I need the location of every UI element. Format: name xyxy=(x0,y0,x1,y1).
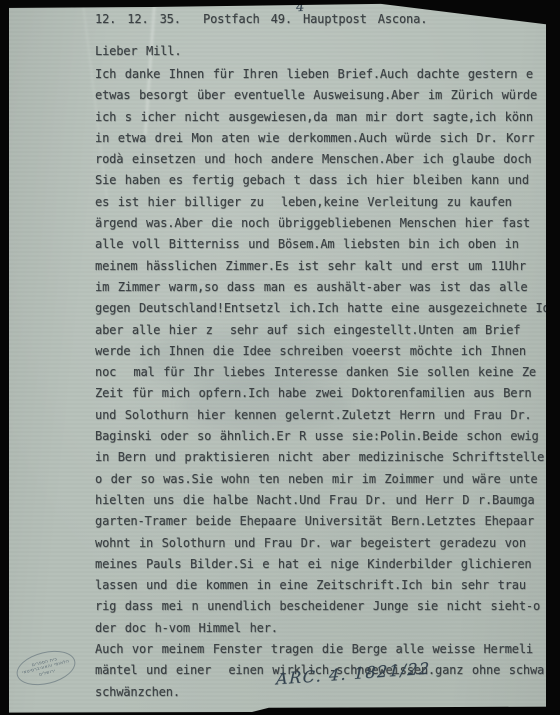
letter-line: meines Pauls Bilder.Si e hat ei nige Kin… xyxy=(95,554,560,575)
letter-line: Ich danke Ihnen für Ihren lieben Brief.A… xyxy=(95,64,560,85)
letter-hauptpost: Hauptpost Ascona. xyxy=(303,12,427,26)
letter-line: in etwa drei Mon aten wie derkommen.Auch… xyxy=(95,128,560,149)
letter-line: der doc h-vom Himmel her. xyxy=(95,618,560,639)
letter-line: in Bern und praktisieren nicht aber medi… xyxy=(95,447,560,468)
letter-line: aber alle hier z sehr auf sich eingestel… xyxy=(95,320,560,341)
letter-line: Zeit für mich opfern.Ich habe zwei Dokto… xyxy=(95,383,560,404)
letter-line: werde ich Ihnen die Idee schreiben voeer… xyxy=(95,341,560,362)
letter-line: gegen Deutschland!Entsetzl ich.Ich hatte… xyxy=(95,298,560,319)
letter-line: noc mal für Ihr liebes Interesse danken … xyxy=(95,362,560,383)
letter-postfach: Postfach 49. xyxy=(203,12,292,26)
letter-salutation: Lieber Mill. xyxy=(95,44,181,58)
letter-line: ärgend was.Aber die noch übriggebliebene… xyxy=(95,213,560,234)
letter-date: 12. 12. 35. xyxy=(95,12,181,26)
library-stamp: בית הספרים הלאומי והאוניברסיטאי ירושלים xyxy=(13,645,79,691)
scanned-letter-page: 12. 12. 35. Postfach 49. 4 Hauptpost Asc… xyxy=(0,0,560,715)
letter-line: hielten uns die halbe Nacht.Und Frau Dr.… xyxy=(95,490,560,511)
letter-body: Ich danke Ihnen für Ihren lieben Brief.A… xyxy=(95,64,560,703)
letter-line: Sie haben es fertig gebach t dass ich hi… xyxy=(95,170,560,191)
letter-line: rig dass mei n unendlich bescheidener Ju… xyxy=(95,596,560,617)
letter-line: etwas besorgt über eventuelle Ausweisung… xyxy=(95,85,560,106)
letter-line: es ist hier billiger zu leben,keine Verl… xyxy=(95,192,560,213)
scan-edge-left xyxy=(0,0,9,715)
letter-line: lassen und die kommen in eine Zeitschrif… xyxy=(95,575,560,596)
letter-line: im Zimmer warm,so dass man es aushält-ab… xyxy=(95,277,560,298)
letter-line: und Solothurn hier kennen gelernt.Zuletz… xyxy=(95,405,560,426)
letter-line: wohnt in Solothurn und Frau Dr. war bege… xyxy=(95,533,560,554)
letter-line: rodà einsetzen und hoch andere Menschen.… xyxy=(95,149,560,170)
letter-line: o der so was.Sie wohn ten neben mir im Z… xyxy=(95,469,560,490)
letter-line: meinem hässlichen Zimmer.Es ist sehr kal… xyxy=(95,256,560,277)
letter-line: alle voll Bitterniss und Bösem.Am liebst… xyxy=(95,234,560,255)
scan-edge-right xyxy=(546,0,560,715)
letter-paper: 12. 12. 35. Postfach 49. 4 Hauptpost Asc… xyxy=(0,0,560,715)
letter-line: ich s icher nicht ausgewiesen,da man mir… xyxy=(95,107,560,128)
letter-line: garten-Tramer beide Ehepaare Universität… xyxy=(95,511,560,532)
letter-line: Baginski oder so ähnlich.Er R usse sie:P… xyxy=(95,426,560,447)
letter-line: Auch vor meinem Fenster tragen die Berge… xyxy=(95,639,560,660)
